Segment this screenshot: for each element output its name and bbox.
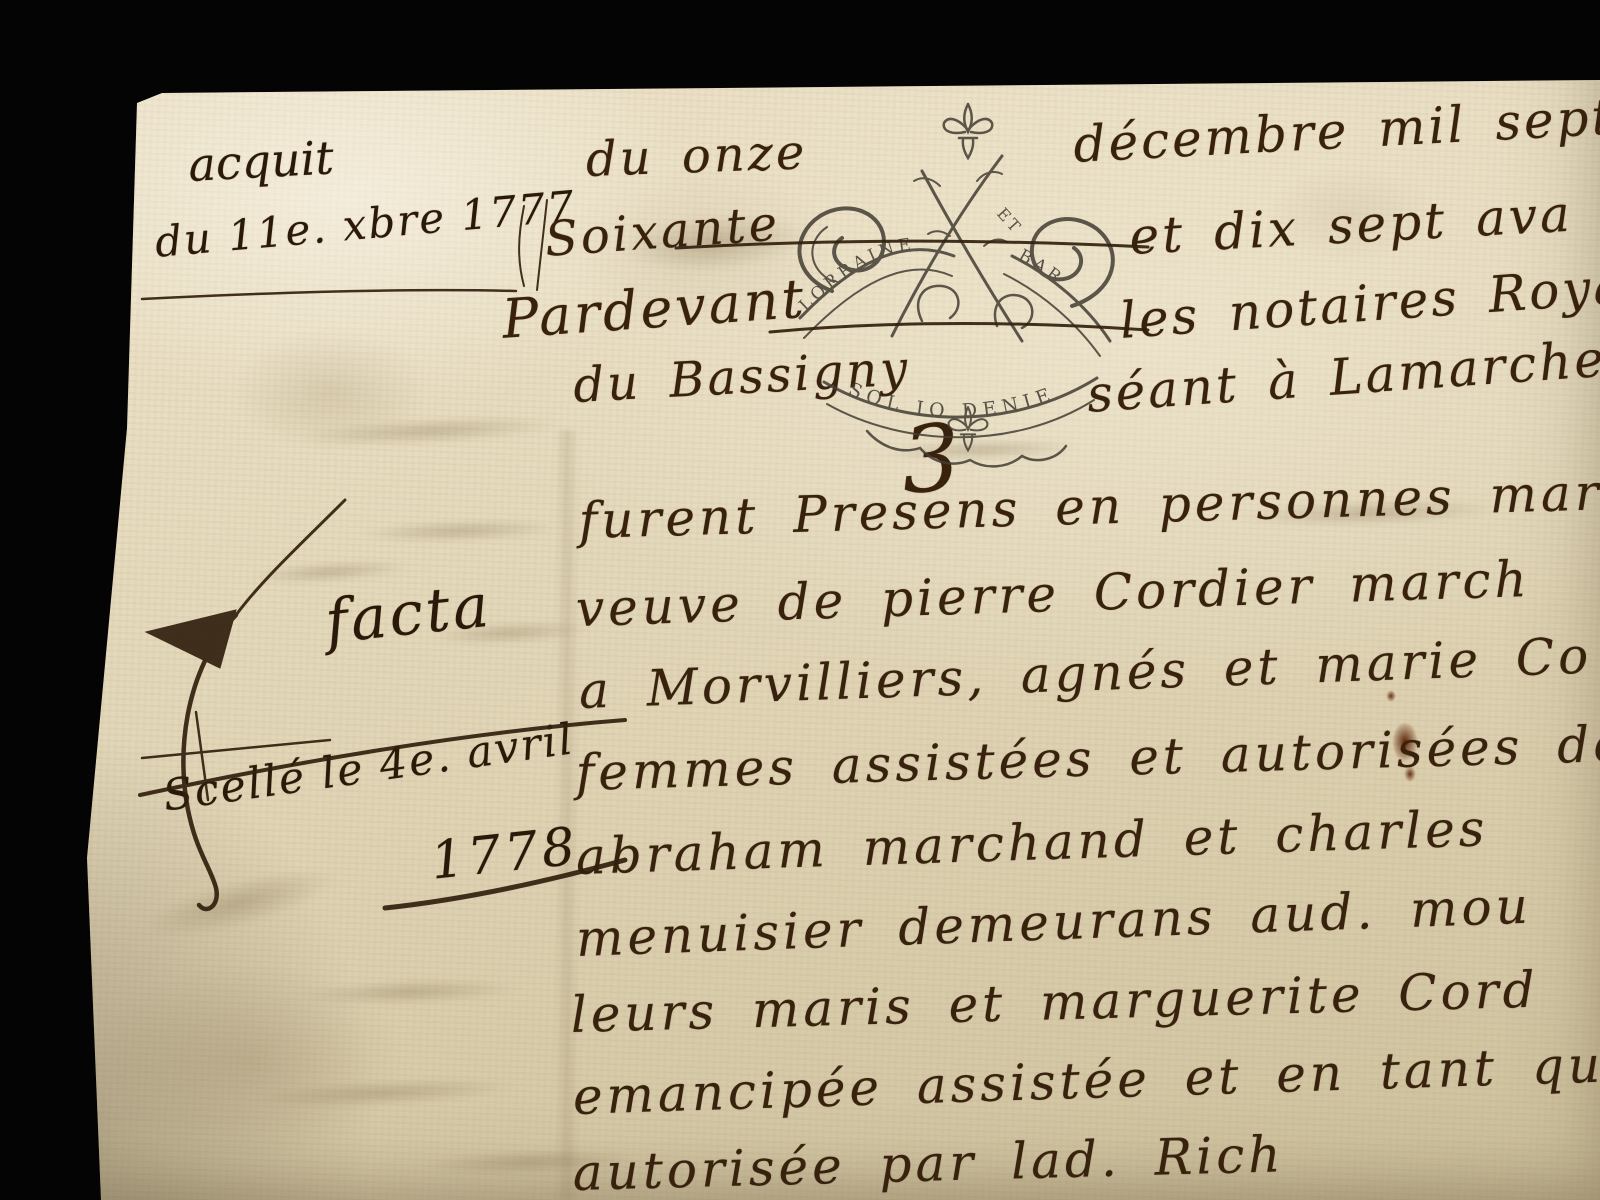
bleedthrough-smudge xyxy=(137,855,342,951)
bleedthrough-smudge xyxy=(300,976,521,1008)
stamp-text-et: ET xyxy=(993,204,1026,238)
stamp-text-value: SOL IO DENIE xyxy=(845,378,1059,422)
manuscript-line: Pardevant xyxy=(500,267,808,351)
ink-blot xyxy=(1386,690,1396,702)
stamp-text-bar: BAR xyxy=(1015,246,1068,290)
manuscript-line: furent Presens en personnes marguer xyxy=(578,460,1600,550)
manuscript-line: décembre mil sept xyxy=(1072,88,1600,174)
manuscript-line: femmes assistées et autorisées de xyxy=(575,715,1600,802)
manuscript-line: menuisier demeurans aud. mou xyxy=(575,877,1533,968)
manuscript-line: a Morvilliers, agnés et marie Co xyxy=(578,627,1593,720)
manuscript-line: veuve de pierre Cordier march xyxy=(575,550,1531,638)
photo-background: acquit du 11e. xbre 1777 facta Scellé le… xyxy=(0,0,1600,1200)
margin-sealed-note: Scellé le 4e. avril xyxy=(160,714,578,821)
bleedthrough-smudge xyxy=(299,411,560,451)
margin-note-acquit: acquit xyxy=(187,130,335,192)
revenue-stamp: LORRAINE BAR SOL IO DENIE ET xyxy=(772,86,1142,466)
fleur-de-lis-icon xyxy=(944,104,993,158)
underline-acquit-date xyxy=(142,290,516,299)
manuscript-line: emancipée assistée et en tant qu xyxy=(572,1036,1600,1126)
manuscript-line: et dix sept ava xyxy=(1128,185,1574,266)
manuscript-line: leurs maris et marguerite Cord xyxy=(570,961,1539,1044)
stamp-inner-scrolls xyxy=(918,286,1032,328)
document-page: acquit du 11e. xbre 1777 facta Scellé le… xyxy=(0,0,1600,1200)
manuscript-line: autorisée par lad. Rich xyxy=(572,1125,1285,1200)
margin-note-acquit-date: du 11e. xbre 1777 xyxy=(153,181,578,267)
facta-wedge xyxy=(146,610,236,668)
bleedthrough-smudge xyxy=(254,1073,515,1113)
manuscript-line: abraham marchand et charles xyxy=(575,799,1489,886)
bleedthrough-smudge xyxy=(360,517,561,546)
